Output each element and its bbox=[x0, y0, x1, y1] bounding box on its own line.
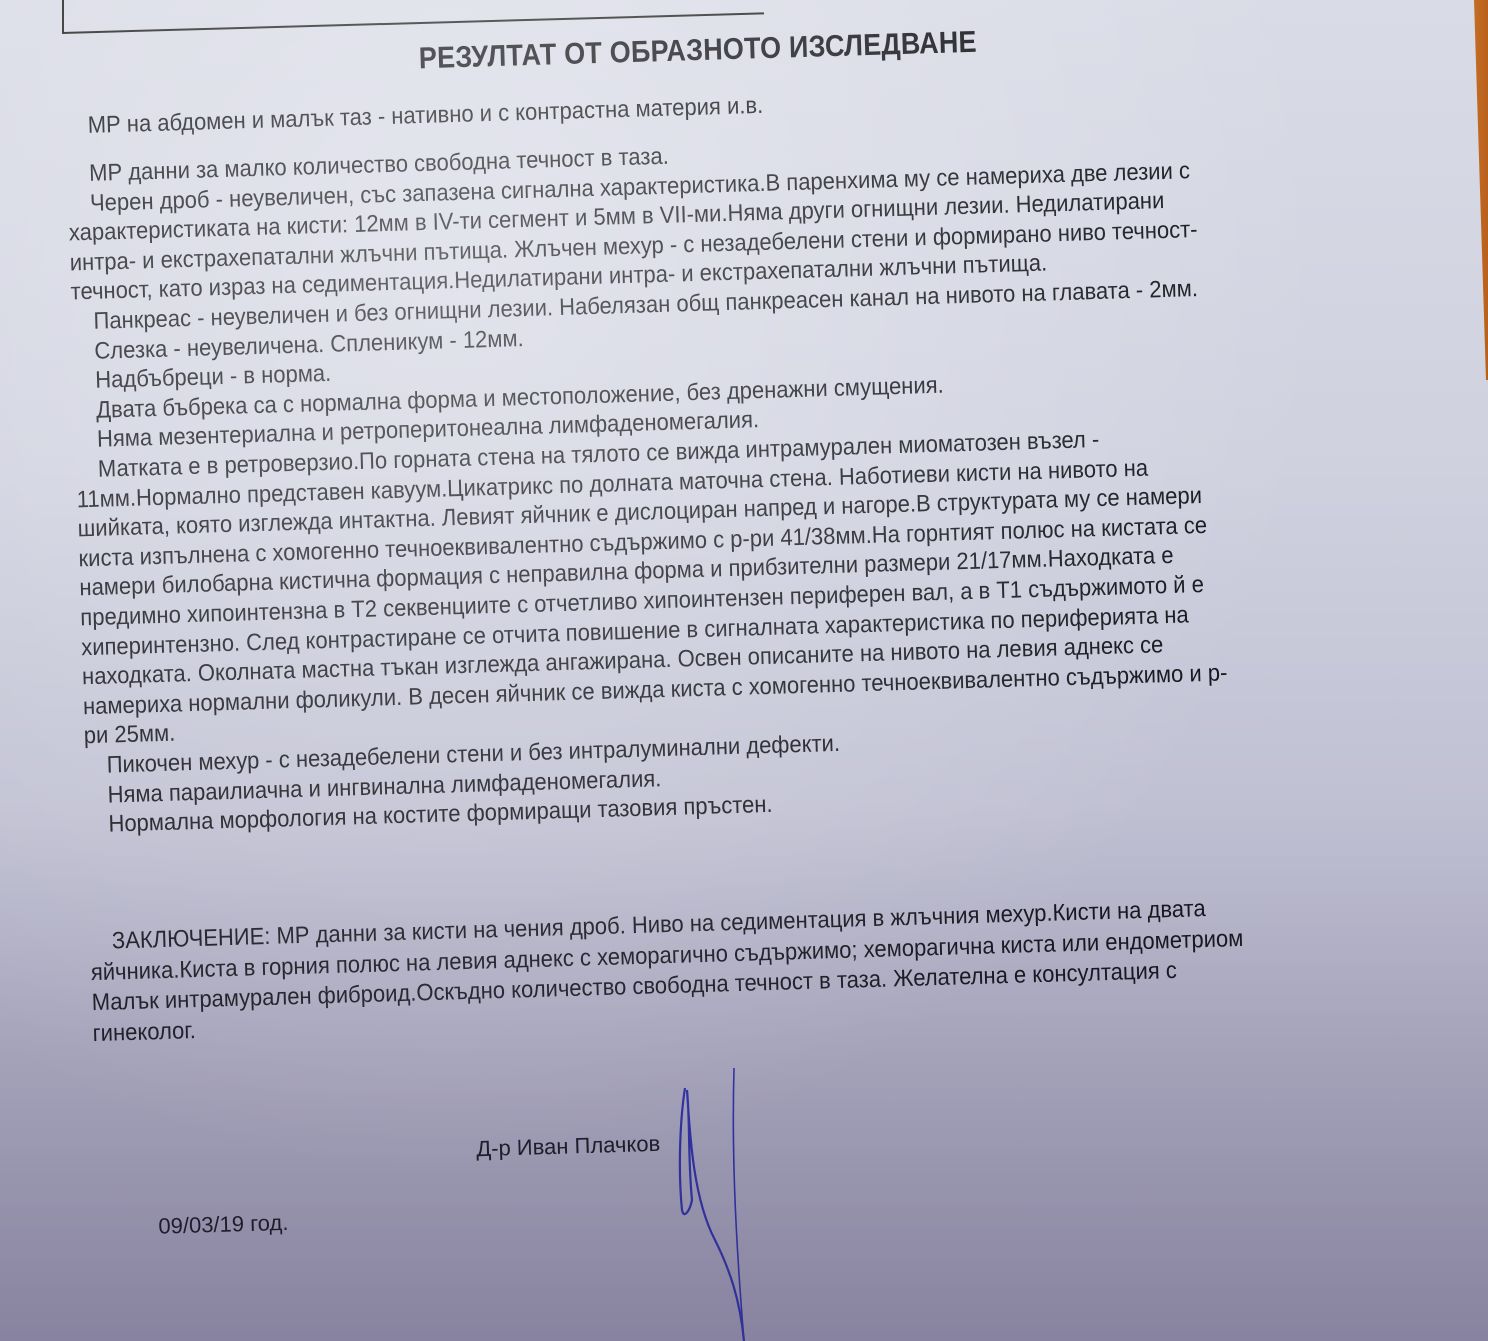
report-date: 09/03/19 год. bbox=[158, 1210, 289, 1240]
conclusion-line: гинеколог. bbox=[92, 1016, 196, 1047]
report-title: РЕЗУЛТАТ ОТ ОБРАЗНОТО ИЗСЛЕДВАНЕ bbox=[418, 25, 977, 76]
handwritten-signature bbox=[660, 1060, 780, 1341]
finding-line: ри 25мм. bbox=[83, 719, 175, 750]
exam-description: МР на абдомен и малък таз - нативно и с … bbox=[65, 91, 763, 140]
doctor-name: Д-р Иван Плачков bbox=[476, 1131, 661, 1162]
